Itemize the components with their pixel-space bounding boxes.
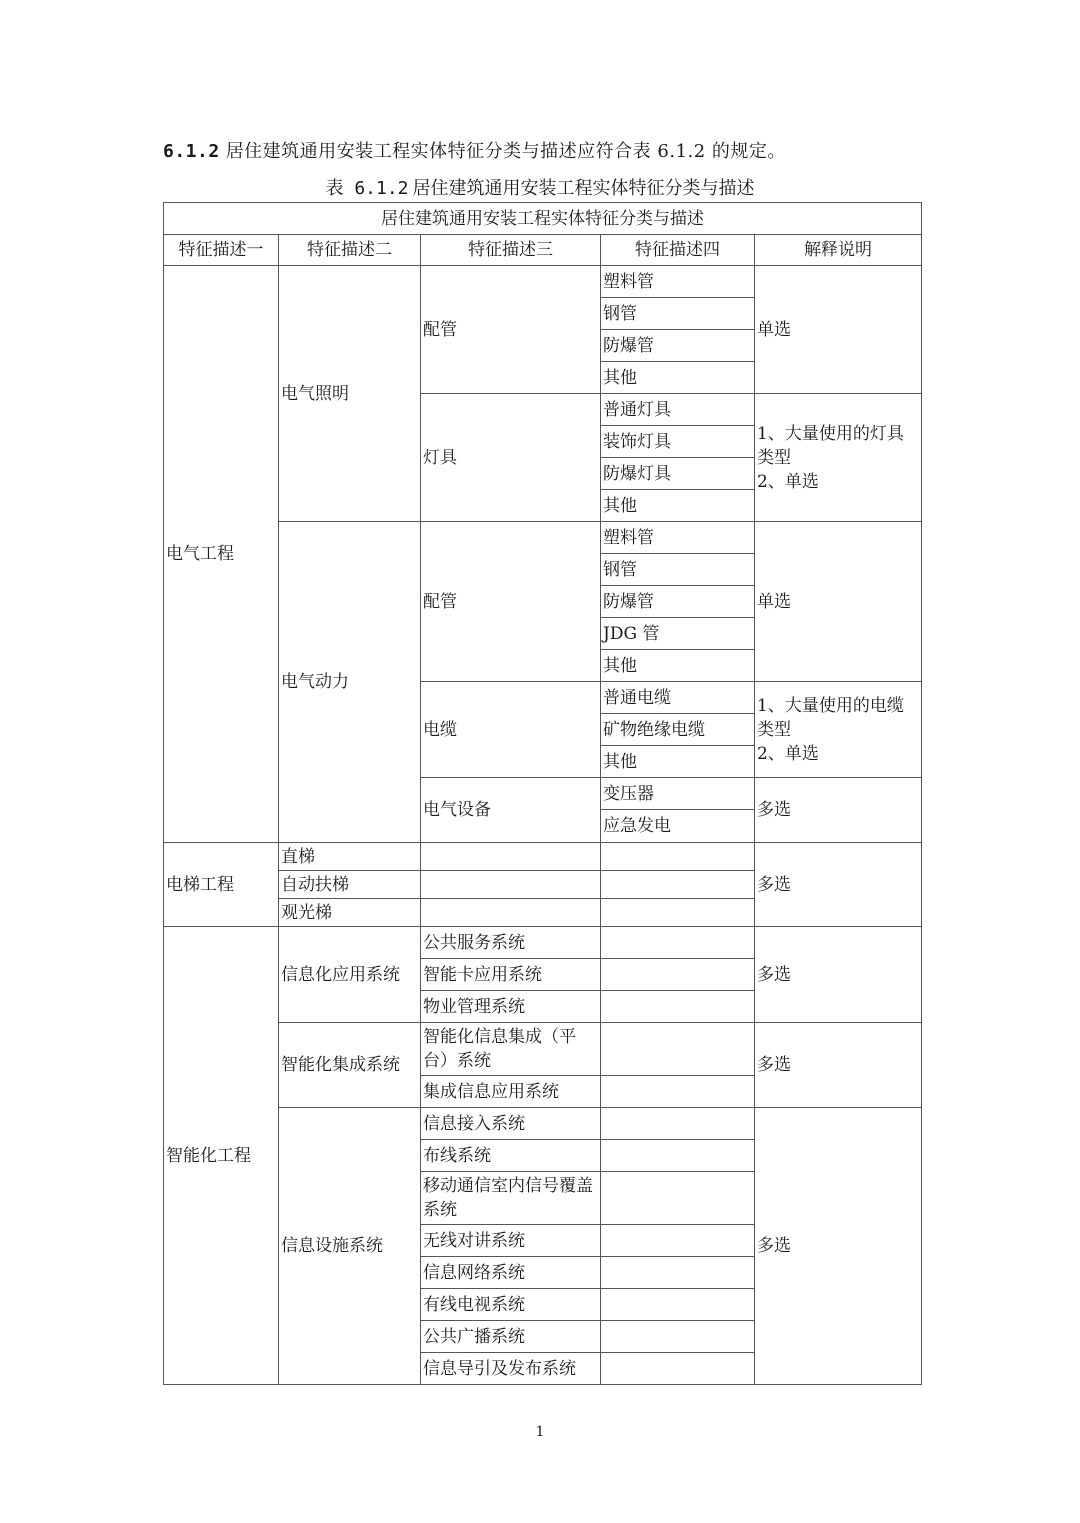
subcategory-cell: 直梯 bbox=[279, 843, 421, 871]
item-cell: 配管 bbox=[421, 266, 601, 394]
type-cell: 装饰灯具 bbox=[601, 426, 755, 458]
type-cell bbox=[601, 991, 755, 1023]
category-cell: 电气工程 bbox=[164, 266, 279, 843]
item-cell: 公共服务系统 bbox=[421, 927, 601, 959]
table-header-row: 特征描述一 特征描述二 特征描述三 特征描述四 解释说明 bbox=[164, 235, 922, 266]
item-cell: 移动通信室内信号覆盖系统 bbox=[421, 1172, 601, 1225]
type-cell bbox=[601, 1172, 755, 1225]
type-cell bbox=[601, 1076, 755, 1108]
type-cell: 变压器 bbox=[601, 778, 755, 810]
table-caption-title: 居住建筑通用安装工程实体特征分类与描述 bbox=[413, 178, 755, 199]
subcategory-cell: 智能化集成系统 bbox=[279, 1023, 421, 1108]
item-cell: 智能化信息集成（平台）系统 bbox=[421, 1023, 601, 1076]
clause-text: 居住建筑通用安装工程实体特征分类与描述应符合表 6.1.2 的规定。 bbox=[226, 141, 786, 162]
table-caption: 表 6.1.2居住建筑通用安装工程实体特征分类与描述 bbox=[0, 174, 1080, 200]
type-cell: 其他 bbox=[601, 490, 755, 522]
note-cell: 单选 bbox=[755, 522, 922, 682]
type-cell: 塑料管 bbox=[601, 522, 755, 554]
table-number: 表 6.1.2 bbox=[325, 178, 408, 199]
item-cell: 集成信息应用系统 bbox=[421, 1076, 601, 1108]
item-cell bbox=[421, 843, 601, 871]
type-cell bbox=[601, 1289, 755, 1321]
spec-table: 居住建筑通用安装工程实体特征分类与描述 特征描述一 特征描述二 特征描述三 特征… bbox=[163, 202, 922, 1385]
type-cell: 防爆管 bbox=[601, 330, 755, 362]
column-header: 解释说明 bbox=[755, 235, 922, 266]
item-cell: 无线对讲系统 bbox=[421, 1225, 601, 1257]
type-cell bbox=[601, 927, 755, 959]
item-cell: 有线电视系统 bbox=[421, 1289, 601, 1321]
column-header: 特征描述四 bbox=[601, 235, 755, 266]
type-cell: 防爆管 bbox=[601, 586, 755, 618]
type-cell: 其他 bbox=[601, 746, 755, 778]
note-cell: 多选 bbox=[755, 927, 922, 1023]
note-line: 1、大量使用的电缆类型 bbox=[757, 694, 919, 742]
note-line: 2、单选 bbox=[757, 470, 919, 494]
item-cell: 信息接入系统 bbox=[421, 1108, 601, 1140]
category-cell: 智能化工程 bbox=[164, 927, 279, 1385]
table-title: 居住建筑通用安装工程实体特征分类与描述 bbox=[164, 203, 922, 235]
item-cell bbox=[421, 899, 601, 927]
item-cell: 电缆 bbox=[421, 682, 601, 778]
item-cell: 电气设备 bbox=[421, 778, 601, 843]
item-cell: 智能卡应用系统 bbox=[421, 959, 601, 991]
subcategory-cell: 电气照明 bbox=[279, 266, 421, 522]
clause-paragraph: 6.1.2居住建筑通用安装工程实体特征分类与描述应符合表 6.1.2 的规定。 bbox=[163, 137, 786, 163]
type-cell bbox=[601, 843, 755, 871]
type-cell bbox=[601, 871, 755, 899]
type-cell: 普通电缆 bbox=[601, 682, 755, 714]
type-cell bbox=[601, 1023, 755, 1076]
type-cell bbox=[601, 1108, 755, 1140]
type-cell: 钢管 bbox=[601, 298, 755, 330]
note-line: 1、大量使用的灯具类型 bbox=[757, 422, 919, 470]
table-row: 智能化工程 信息化应用系统 公共服务系统 多选 bbox=[164, 927, 922, 959]
type-cell bbox=[601, 1321, 755, 1353]
note-cell: 多选 bbox=[755, 778, 922, 843]
type-cell: 钢管 bbox=[601, 554, 755, 586]
note-cell: 多选 bbox=[755, 843, 922, 927]
table-title-row: 居住建筑通用安装工程实体特征分类与描述 bbox=[164, 203, 922, 235]
type-cell bbox=[601, 1257, 755, 1289]
item-cell: 物业管理系统 bbox=[421, 991, 601, 1023]
category-cell: 电梯工程 bbox=[164, 843, 279, 927]
subcategory-cell: 观光梯 bbox=[279, 899, 421, 927]
item-cell: 布线系统 bbox=[421, 1140, 601, 1172]
table-row: 电梯工程 直梯 多选 bbox=[164, 843, 922, 871]
subcategory-cell: 信息设施系统 bbox=[279, 1108, 421, 1385]
item-cell: 信息网络系统 bbox=[421, 1257, 601, 1289]
type-cell: 应急发电 bbox=[601, 810, 755, 843]
note-cell: 1、大量使用的电缆类型 2、单选 bbox=[755, 682, 922, 778]
note-cell: 多选 bbox=[755, 1023, 922, 1108]
type-cell bbox=[601, 1140, 755, 1172]
type-cell bbox=[601, 899, 755, 927]
item-cell: 公共广播系统 bbox=[421, 1321, 601, 1353]
subcategory-cell: 电气动力 bbox=[279, 522, 421, 843]
type-cell bbox=[601, 1353, 755, 1385]
column-header: 特征描述一 bbox=[164, 235, 279, 266]
note-line: 2、单选 bbox=[757, 742, 919, 766]
item-cell bbox=[421, 871, 601, 899]
document-page: 6.1.2居住建筑通用安装工程实体特征分类与描述应符合表 6.1.2 的规定。 … bbox=[0, 0, 1080, 1523]
item-cell: 灯具 bbox=[421, 394, 601, 522]
page-number: 1 bbox=[0, 1424, 1080, 1440]
note-cell: 单选 bbox=[755, 266, 922, 394]
subcategory-cell: 信息化应用系统 bbox=[279, 927, 421, 1023]
note-cell: 1、大量使用的灯具类型 2、单选 bbox=[755, 394, 922, 522]
clause-number: 6.1.2 bbox=[163, 141, 220, 162]
type-cell: 塑料管 bbox=[601, 266, 755, 298]
type-cell: 防爆灯具 bbox=[601, 458, 755, 490]
type-cell: JDG 管 bbox=[601, 618, 755, 650]
column-header: 特征描述二 bbox=[279, 235, 421, 266]
type-cell bbox=[601, 1225, 755, 1257]
table-row: 电气工程 电气照明 配管 塑料管 单选 bbox=[164, 266, 922, 298]
item-cell: 信息导引及发布系统 bbox=[421, 1353, 601, 1385]
type-cell: 其他 bbox=[601, 362, 755, 394]
subcategory-cell: 自动扶梯 bbox=[279, 871, 421, 899]
note-cell: 多选 bbox=[755, 1108, 922, 1385]
column-header: 特征描述三 bbox=[421, 235, 601, 266]
type-cell bbox=[601, 959, 755, 991]
item-cell: 配管 bbox=[421, 522, 601, 682]
type-cell: 矿物绝缘电缆 bbox=[601, 714, 755, 746]
type-cell: 普通灯具 bbox=[601, 394, 755, 426]
type-cell: 其他 bbox=[601, 650, 755, 682]
